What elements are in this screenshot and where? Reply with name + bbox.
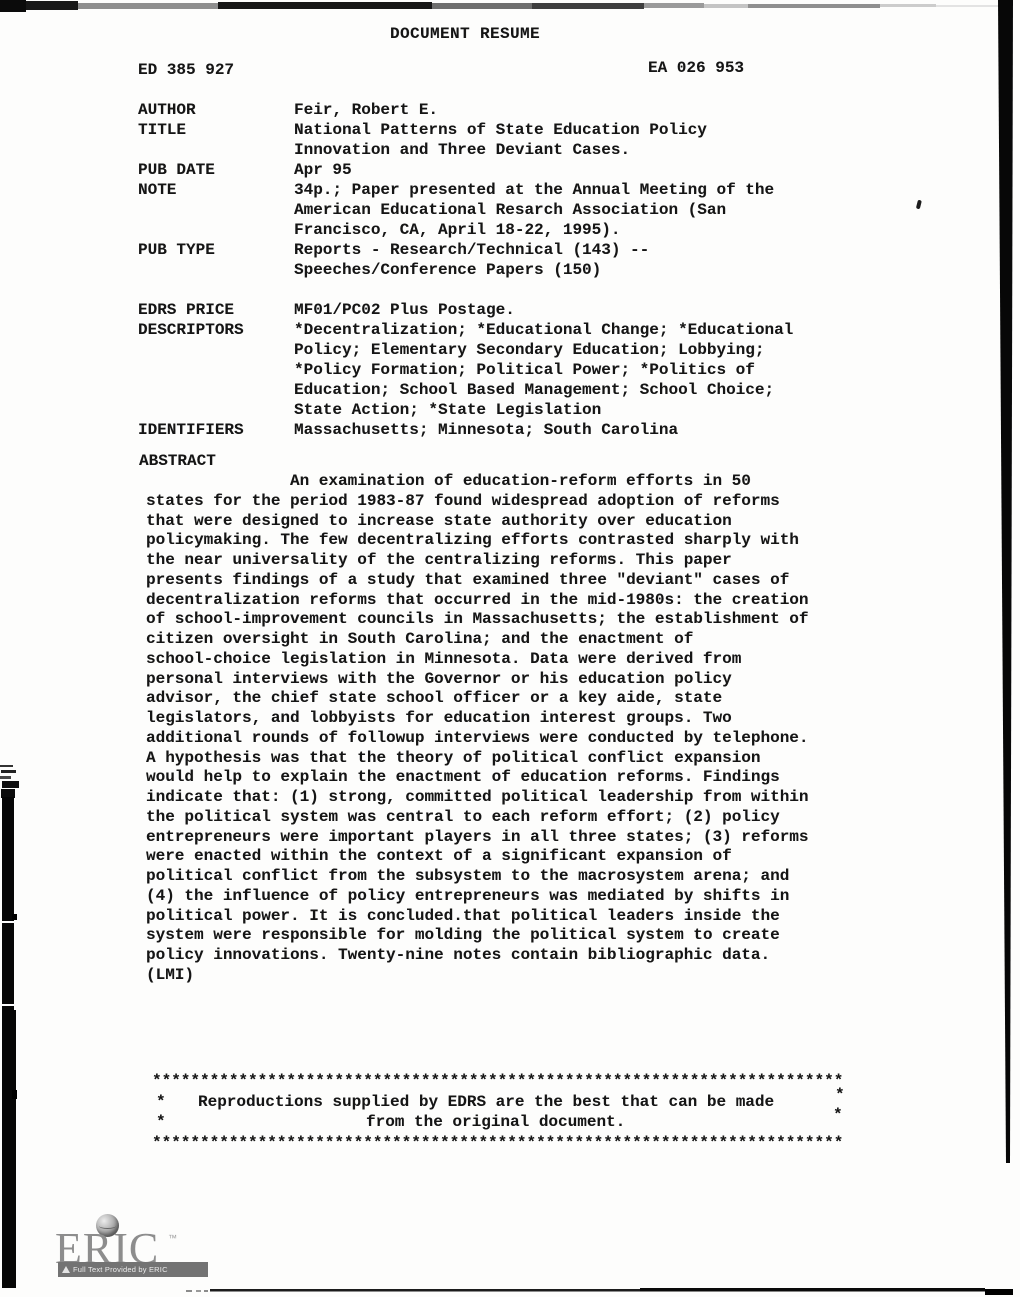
field-label-identifiers: IDENTIFIERS	[138, 420, 244, 440]
field-label-pub-type: PUB TYPE	[138, 240, 215, 260]
star-left: *	[156, 1092, 166, 1113]
field-value: National Patterns of State Education Pol…	[294, 120, 707, 140]
metadata-line: EDRS PRICE MF01/PC02 Plus Postage.	[0, 300, 1020, 320]
star-border-row: ****************************************…	[152, 1071, 843, 1092]
abstract-text-line: system were responsible for molding the …	[0, 926, 1020, 946]
field-label-title: TITLE	[138, 120, 186, 140]
field-value: Speeches/Conference Papers (150)	[294, 260, 601, 280]
reproduction-notice: ****************************************…	[0, 1071, 1020, 1153]
document-resume-page: DOCUMENT RESUME ED 385 927 EA 026 953 AU…	[0, 0, 1020, 1297]
arrow-icon	[62, 1266, 70, 1273]
metadata-line: DESCRIPTORS *Decentralization; *Educatio…	[0, 320, 1020, 340]
ea-number: EA 026 953	[648, 59, 744, 77]
notice-text-2: from the original document.	[366, 1112, 625, 1133]
abstract-text-line: political conflict from the subsystem to…	[0, 867, 1020, 887]
star-border-row: ****************************************…	[152, 1133, 843, 1154]
field-label-edrs-price: EDRS PRICE	[138, 300, 234, 320]
metadata-line: *Policy Formation; Political Power; *Pol…	[0, 360, 1020, 380]
metadata-line: American Educational Resarch Association…	[0, 200, 1020, 220]
metadata-line: PUB DATE Apr 95	[0, 160, 1020, 180]
abstract-text-line: school-choice legislation in Minnesota. …	[0, 650, 1020, 670]
metadata-block: AUTHOR Feir, Robert E. TITLE National Pa…	[0, 100, 1020, 440]
metadata-line: Education; School Based Management; Scho…	[0, 380, 1020, 400]
abstract-text-line: entrepreneurs were important players in …	[0, 828, 1020, 848]
abstract-text-line: legislators, and lobbyists for education…	[0, 709, 1020, 729]
abstract-text-line: were enacted within the context of a sig…	[0, 847, 1020, 867]
abstract-text-line: the near universality of the centralizin…	[0, 551, 1020, 571]
field-value: Innovation and Three Deviant Cases.	[294, 140, 630, 160]
abstract-text-line: (LMI)	[0, 966, 1020, 986]
abstract-text-line: that were designed to increase state aut…	[0, 512, 1020, 532]
abstract-text-line: policy innovations. Twenty-nine notes co…	[0, 946, 1020, 966]
abstract-text-line: presents findings of a study that examin…	[0, 571, 1020, 591]
metadata-line: PUB TYPE Reports - Research/Technical (1…	[0, 240, 1020, 260]
abstract-text-line: would help to explain the enactment of e…	[0, 768, 1020, 788]
field-value: Francisco, CA, April 18-22, 1995).	[294, 220, 620, 240]
metadata-line: Francisco, CA, April 18-22, 1995).	[0, 220, 1020, 240]
field-label-pub-date: PUB DATE	[138, 160, 215, 180]
metadata-line: State Action; *State Legislation	[0, 400, 1020, 420]
field-value: Policy; Elementary Secondary Education; …	[294, 340, 764, 360]
abstract-text-line: the political system was central to each…	[0, 808, 1020, 828]
abstract-text-line: A hypothesis was that the theory of poli…	[0, 749, 1020, 769]
star-border-bottom: ****************************************…	[0, 1133, 1020, 1154]
abstract-body: An examination of education-reform effor…	[0, 472, 1020, 986]
abstract-text-line: political power. It is concluded.that po…	[0, 907, 1020, 927]
star-right: *	[833, 1105, 843, 1126]
field-label-note: NOTE	[138, 180, 176, 200]
abstract-text-line: advisor, the chief state school officer …	[0, 689, 1020, 709]
field-label-author: AUTHOR	[138, 100, 196, 120]
field-value: Massachusetts; Minnesota; South Carolina	[294, 420, 678, 440]
metadata-line: Speeches/Conference Papers (150)	[0, 260, 1020, 280]
notice-text-1: Reproductions supplied by EDRS are the b…	[198, 1092, 774, 1113]
star-border-top: ****************************************…	[0, 1071, 1020, 1092]
abstract-text-line: indicate that: (1) strong, committed pol…	[0, 788, 1020, 808]
abstract-text-line: states for the period 1983-87 found wide…	[0, 492, 1020, 512]
metadata-line: IDENTIFIERS Massachusetts; Minnesota; So…	[0, 420, 1020, 440]
field-value: Reports - Research/Technical (143) --	[294, 240, 649, 260]
field-value: Education; School Based Management; Scho…	[294, 380, 774, 400]
metadata-line: TITLE National Patterns of State Educati…	[0, 120, 1020, 140]
field-value: *Policy Formation; Political Power; *Pol…	[294, 360, 755, 380]
abstract-text-line: additional rounds of followup interviews…	[0, 729, 1020, 749]
trademark-icon: ™	[168, 1233, 177, 1243]
field-value: American Educational Resarch Association…	[294, 200, 726, 220]
abstract-text-line: policymaking. The few decentralizing eff…	[0, 531, 1020, 551]
star-left: *	[156, 1112, 166, 1133]
abstract-heading: ABSTRACT	[139, 452, 216, 470]
metadata-line: NOTE 34p.; Paper presented at the Annual…	[0, 180, 1020, 200]
field-value: Apr 95	[294, 160, 352, 180]
abstract-text-line: of school-improvement councils in Massac…	[0, 610, 1020, 630]
notice-line-2: * from the original document. *	[0, 1112, 1020, 1133]
field-value: 34p.; Paper presented at the Annual Meet…	[294, 180, 774, 200]
metadata-line: Innovation and Three Deviant Cases.	[0, 140, 1020, 160]
field-value: *Decentralization; *Educational Change; …	[294, 320, 793, 340]
notice-line-1: * Reproductions supplied by EDRS are the…	[0, 1092, 1020, 1113]
metadata-line: Policy; Elementary Secondary Education; …	[0, 340, 1020, 360]
metadata-spacer	[0, 280, 1020, 300]
abstract-text-line: decentralization reforms that occurred i…	[0, 591, 1020, 611]
abstract-text-line: An examination of education-reform effor…	[0, 472, 1020, 492]
page-title: DOCUMENT RESUME	[390, 25, 540, 43]
star-right: *	[835, 1085, 845, 1106]
abstract-text-line: (4) the influence of policy entrepreneur…	[0, 887, 1020, 907]
field-label-descriptors: DESCRIPTORS	[138, 320, 244, 340]
eric-tagline: Full Text Provided by ERIC	[73, 1265, 168, 1274]
ed-number: ED 385 927	[138, 61, 234, 79]
abstract-text-line: personal interviews with the Governor or…	[0, 670, 1020, 690]
field-value: State Action; *State Legislation	[294, 400, 601, 420]
metadata-line: AUTHOR Feir, Robert E.	[0, 100, 1020, 120]
field-value: MF01/PC02 Plus Postage.	[294, 300, 515, 320]
eric-logo: ERIC ™ Full Text Provided by ERIC	[52, 1203, 227, 1285]
abstract-text-line: citizen oversight in South Carolina; and…	[0, 630, 1020, 650]
eric-banner: Full Text Provided by ERIC	[58, 1262, 208, 1277]
field-value: Feir, Robert E.	[294, 100, 438, 120]
